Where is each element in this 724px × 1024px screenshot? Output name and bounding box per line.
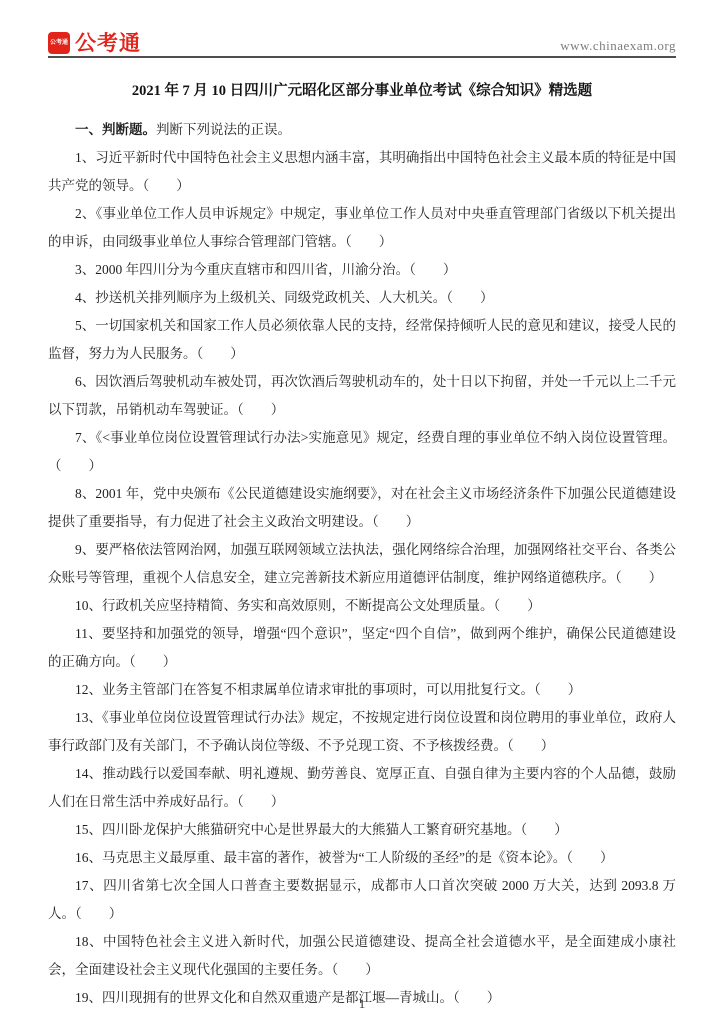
question-item: 12、业务主管部门在答复不相隶属单位请求审批的事项时，可以用批复行文。（ ） [48, 676, 676, 704]
website-url: www.chinaexam.org [560, 39, 676, 54]
question-item: 2、《事业单位工作人员申诉规定》中规定，事业单位工作人员对中央垂直管理部门省级以… [48, 200, 676, 256]
section-heading-rest: 判断下列说法的正误。 [156, 122, 291, 137]
logo: 公考通 公考通 [48, 32, 141, 54]
document-title: 2021 年 7 月 10 日四川广元昭化区部分事业单位考试《综合知识》精选题 [48, 80, 676, 102]
question-item: 8、2001 年，党中央颁布《公民道德建设实施纲要》，对在社会主义市场经济条件下… [48, 480, 676, 536]
question-item: 15、四川卧龙保护大熊猫研究中心是世界最大的大熊猫人工繁育研究基地。（ ） [48, 816, 676, 844]
page-number: 1 [0, 996, 724, 1012]
question-item: 14、推动践行以爱国奉献、明礼遵规、勤劳善良、宽厚正直、自强自律为主要内容的个人… [48, 760, 676, 816]
question-item: 5、一切国家机关和国家工作人员必须依靠人民的支持，经常保持倾听人民的意见和建议，… [48, 312, 676, 368]
logo-badge-icon: 公考通 [48, 32, 70, 54]
question-item: 7、《<事业单位岗位设置管理试行办法>实施意见》规定，经费自理的事业单位不纳入岗… [48, 424, 676, 480]
logo-text: 公考通 [75, 33, 141, 54]
document-page: 公考通 公考通 www.chinaexam.org 2021 年 7 月 10 … [0, 0, 724, 1024]
question-item: 16、马克思主义最厚重、最丰富的著作，被誉为“工人阶级的圣经”的是《资本论》。（… [48, 844, 676, 872]
question-item: 10、行政机关应坚持精简、务实和高效原则，不断提高公文处理质量。（ ） [48, 592, 676, 620]
question-item: 3、2000 年四川分为今重庆直辖市和四川省，川渝分治。（ ） [48, 256, 676, 284]
question-item: 13、《事业单位岗位设置管理试行办法》规定，不按规定进行岗位设置和岗位聘用的事业… [48, 704, 676, 760]
page-header: 公考通 公考通 www.chinaexam.org [48, 26, 676, 58]
document-body: 一、判断题。判断下列说法的正误。 1、习近平新时代中国特色社会主义思想内涵丰富，… [48, 116, 676, 1012]
question-item: 4、抄送机关排列顺序为上级机关、同级党政机关、人大机关。（ ） [48, 284, 676, 312]
section-heading: 一、判断题。判断下列说法的正误。 [48, 116, 676, 144]
question-item: 11、要坚持和加强党的领导，增强“四个意识”，坚定“四个自信”，做到两个维护，确… [48, 620, 676, 676]
question-item: 1、习近平新时代中国特色社会主义思想内涵丰富，其明确指出中国特色社会主义最本质的… [48, 144, 676, 200]
question-item: 18、中国特色社会主义进入新时代，加强公民道德建设、提高全社会道德水平，是全面建… [48, 928, 676, 984]
question-item: 17、四川省第七次全国人口普查主要数据显示，成都市人口首次突破 2000 万大关… [48, 872, 676, 928]
section-heading-bold: 一、判断题。 [75, 122, 156, 137]
question-item: 6、因饮酒后驾驶机动车被处罚，再次饮酒后驾驶机动车的，处十日以下拘留，并处一千元… [48, 368, 676, 424]
questions: 1、习近平新时代中国特色社会主义思想内涵丰富，其明确指出中国特色社会主义最本质的… [48, 144, 676, 1012]
question-item: 9、要严格依法管网治网，加强互联网领域立法执法，强化网络综合治理，加强网络社交平… [48, 536, 676, 592]
